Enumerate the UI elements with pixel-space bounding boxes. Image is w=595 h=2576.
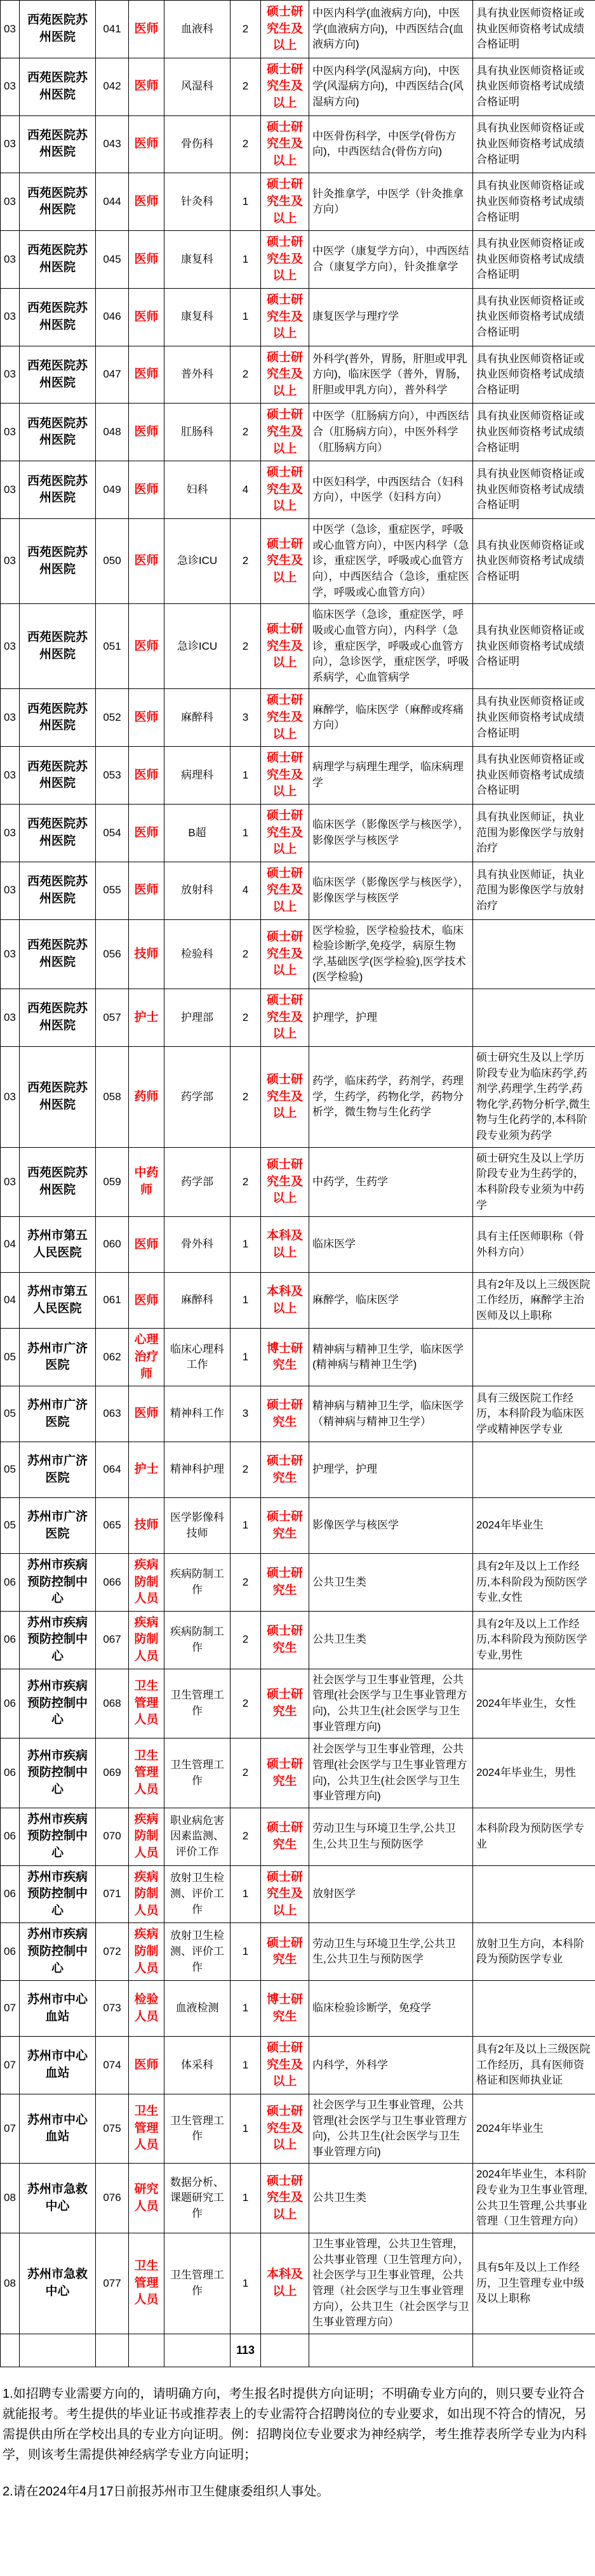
cell-serial: 08 bbox=[1, 2164, 20, 2233]
recruitment-table: 03 西苑医院苏州医院 041 医师 血液科 2 硕士研究生及以上 中医内科学(… bbox=[0, 0, 595, 2367]
cell-unit: 西苑医院苏州医院 bbox=[20, 1, 96, 58]
cell-unit: 西苑医院苏州医院 bbox=[20, 989, 96, 1047]
cell-title: 卫生管理人员 bbox=[129, 1738, 164, 1808]
cell-count: 1 bbox=[231, 2094, 261, 2164]
cell-code: 062 bbox=[96, 1329, 129, 1386]
cell-major: 中药学，生药学 bbox=[309, 1147, 473, 1217]
cell-education: 硕士研究生及以上 bbox=[261, 604, 309, 689]
cell-title: 医师 bbox=[129, 288, 164, 346]
cell-serial: 03 bbox=[1, 519, 20, 604]
cell-education: 硕士研究生及以上 bbox=[261, 862, 309, 919]
cell-code: 074 bbox=[96, 2037, 129, 2094]
cell-major: 中医内科学(血液病方向)，中医学(血液病方向)，中西医结合(血液病方向) bbox=[309, 1, 473, 58]
cell-education: 硕士研究生及以上 bbox=[261, 346, 309, 404]
cell-unit: 苏州市疾病预防控制中心 bbox=[20, 1611, 96, 1669]
cell-note: 2024年毕业生，女性 bbox=[473, 1669, 595, 1738]
cell-unit: 苏州市广济医院 bbox=[20, 1329, 96, 1386]
cell-serial: 03 bbox=[1, 404, 20, 461]
cell-count: 2 bbox=[231, 58, 261, 115]
cell-count: 1 bbox=[231, 1273, 261, 1329]
cell-count: 1 bbox=[231, 2037, 261, 2094]
cell-education: 硕士研究生 bbox=[261, 1442, 309, 1498]
cell-count: 2 bbox=[231, 989, 261, 1047]
cell-count: 3 bbox=[231, 1386, 261, 1442]
cell-dept: 精神科护理 bbox=[164, 1442, 231, 1498]
cell-count: 1 bbox=[231, 1981, 261, 2037]
footnote-2: 2.请在2024年4月17日前报苏州市卫生健康委组织人事处。 bbox=[3, 2481, 592, 2502]
cell-count: 2 bbox=[231, 1046, 261, 1147]
cell-code: 071 bbox=[96, 1865, 129, 1923]
cell-title: 医师 bbox=[129, 747, 164, 805]
cell-unit: 西苑医院苏州医院 bbox=[20, 231, 96, 289]
cell-code: 054 bbox=[96, 805, 129, 862]
cell-title: 医师 bbox=[129, 1, 164, 58]
table-row: 07 苏州市中心血站 074 医师 体采科 1 硕士研究生及以上 内科学，外科学… bbox=[1, 2037, 595, 2094]
cell-serial: 03 bbox=[1, 805, 20, 862]
total-empty-unit bbox=[20, 2334, 96, 2367]
cell-unit: 西苑医院苏州医院 bbox=[20, 1147, 96, 1217]
cell-unit: 苏州市疾病预防控制中心 bbox=[20, 1554, 96, 1612]
cell-code: 064 bbox=[96, 1442, 129, 1498]
cell-serial: 03 bbox=[1, 1147, 20, 1217]
cell-major: 中医学（康复学方向），中西医结合（康复学方向），针灸推拿学 bbox=[309, 231, 473, 289]
cell-dept: 体采科 bbox=[164, 2037, 231, 2094]
cell-education: 硕士研究生及以上 bbox=[261, 1865, 309, 1923]
cell-dept: 麻醉科 bbox=[164, 689, 231, 747]
cell-education: 硕士研究生及以上 bbox=[261, 173, 309, 231]
cell-dept: 临床心理科工作 bbox=[164, 1329, 231, 1386]
cell-serial: 03 bbox=[1, 989, 20, 1047]
table-row: 06 苏州市疾病预防控制中心 068 卫生管理人员 卫生管理工作 2 硕士研究生… bbox=[1, 1669, 595, 1738]
cell-unit: 西苑医院苏州医院 bbox=[20, 919, 96, 989]
table-row: 06 苏州市疾病预防控制中心 067 疾病防制人员 疾病防制工作 2 硕士研究生… bbox=[1, 1611, 595, 1669]
cell-serial: 03 bbox=[1, 461, 20, 519]
cell-note: 具有执业医师资格证或执业医师资格考试成绩合格证明 bbox=[473, 58, 595, 115]
cell-education: 硕士研究生及以上 bbox=[261, 58, 309, 115]
cell-count: 2 bbox=[231, 1738, 261, 1808]
cell-serial: 05 bbox=[1, 1329, 20, 1386]
cell-unit: 苏州市中心血站 bbox=[20, 2094, 96, 2164]
cell-dept: B超 bbox=[164, 805, 231, 862]
total-count-cell: 113 bbox=[231, 2334, 261, 2367]
cell-major: 放射医学 bbox=[309, 1865, 473, 1923]
cell-major: 中医学（肛肠病方向），中西医结合（肛肠病方向），中医外科学（肛肠病方向） bbox=[309, 404, 473, 461]
cell-major: 中医骨伤科学，中医学(骨伤方向)，中西医结合(骨伤方向) bbox=[309, 115, 473, 173]
total-empty-code bbox=[96, 2334, 129, 2367]
cell-unit: 西苑医院苏州医院 bbox=[20, 689, 96, 747]
cell-unit: 苏州市第五人民医院 bbox=[20, 1217, 96, 1273]
cell-dept: 普外科 bbox=[164, 346, 231, 404]
cell-dept: 麻醉科 bbox=[164, 1273, 231, 1329]
cell-code: 073 bbox=[96, 1981, 129, 2037]
cell-major: 精神病与精神卫生学，临床医学(精神病与精神卫生学) bbox=[309, 1329, 473, 1386]
cell-note bbox=[473, 1442, 595, 1498]
cell-title: 医师 bbox=[129, 231, 164, 289]
cell-title: 疾病防制人员 bbox=[129, 1554, 164, 1612]
cell-title: 心理治疗师 bbox=[129, 1329, 164, 1386]
cell-serial: 06 bbox=[1, 1669, 20, 1738]
cell-education: 硕士研究生及以上 bbox=[261, 747, 309, 805]
cell-note bbox=[473, 1865, 595, 1923]
cell-note: 具有执业医师证，执业范围为影像医学与放射治疗 bbox=[473, 805, 595, 862]
cell-unit: 苏州市急救中心 bbox=[20, 2164, 96, 2233]
cell-serial: 03 bbox=[1, 346, 20, 404]
table-row: 03 西苑医院苏州医院 041 医师 血液科 2 硕士研究生及以上 中医内科学(… bbox=[1, 1, 595, 58]
cell-note: 具有执业医师资格证或执业医师资格考试成绩合格证明 bbox=[473, 747, 595, 805]
cell-education: 硕士研究生及以上 bbox=[261, 1, 309, 58]
cell-unit: 西苑医院苏州医院 bbox=[20, 346, 96, 404]
total-empty-serial bbox=[1, 2334, 20, 2367]
cell-serial: 07 bbox=[1, 2094, 20, 2164]
cell-note: 本科阶段为预防医学专业 bbox=[473, 1808, 595, 1865]
cell-education: 硕士研究生及以上 bbox=[261, 519, 309, 604]
total-empty-major bbox=[309, 2334, 473, 2367]
cell-title: 疾病防制人员 bbox=[129, 1611, 164, 1669]
cell-education: 硕士研究生及以上 bbox=[261, 989, 309, 1047]
cell-unit: 苏州市中心血站 bbox=[20, 2037, 96, 2094]
table-row: 03 西苑医院苏州医院 059 中药师 药学部 2 硕士研究生及以上 中药学，生… bbox=[1, 1147, 595, 1217]
cell-major: 内科学，外科学 bbox=[309, 2037, 473, 2094]
cell-title: 疾病防制人员 bbox=[129, 1865, 164, 1923]
cell-unit: 西苑医院苏州医院 bbox=[20, 461, 96, 519]
cell-serial: 03 bbox=[1, 919, 20, 989]
table-row: 06 苏州市疾病预防控制中心 066 疾病防制人员 疾病防制工作 2 硕士研究生… bbox=[1, 1554, 595, 1612]
total-row: 113 bbox=[1, 2334, 595, 2367]
cell-code: 077 bbox=[96, 2233, 129, 2334]
cell-title: 医师 bbox=[129, 604, 164, 689]
cell-major: 临床医学（急诊，重症医学，呼吸或心血管方向），内科学（急诊，重症医学，呼吸或心血… bbox=[309, 604, 473, 689]
cell-note: 具有执业医师资格证或执业医师资格考试成绩合格证明 bbox=[473, 346, 595, 404]
cell-dept: 卫生管理工作 bbox=[164, 2233, 231, 2334]
cell-code: 061 bbox=[96, 1273, 129, 1329]
cell-serial: 03 bbox=[1, 231, 20, 289]
cell-serial: 03 bbox=[1, 115, 20, 173]
cell-count: 2 bbox=[231, 115, 261, 173]
footnotes: 1.如招聘专业需要方向的，请明确方向，考生报名时提供方向证明；不明确专业方向的，… bbox=[0, 2367, 595, 2512]
cell-serial: 03 bbox=[1, 1, 20, 58]
table-row: 03 西苑医院苏州医院 055 医师 放射科 4 硕士研究生及以上 临床医学（影… bbox=[1, 862, 595, 919]
cell-code: 042 bbox=[96, 58, 129, 115]
cell-title: 医师 bbox=[129, 1217, 164, 1273]
cell-note bbox=[473, 1981, 595, 2037]
table-row: 03 西苑医院苏州医院 046 医师 康复科 1 硕士研究生及以上 康复医学与理… bbox=[1, 288, 595, 346]
cell-major: 社会医学与卫生事业管理，公共管理(社会医学与卫生事业管理方向)，公共卫生(社会医… bbox=[309, 2094, 473, 2164]
cell-unit: 西苑医院苏州医院 bbox=[20, 404, 96, 461]
cell-major: 劳动卫生与环境卫生学,公共卫生,公共卫生与预防医学 bbox=[309, 1923, 473, 1981]
cell-education: 硕士研究生 bbox=[261, 1554, 309, 1612]
cell-note: 具有执业医师资格证或执业医师资格考试成绩合格证明 bbox=[473, 1, 595, 58]
cell-unit: 西苑医院苏州医院 bbox=[20, 604, 96, 689]
cell-unit: 西苑医院苏州医院 bbox=[20, 58, 96, 115]
cell-education: 硕士研究生及以上 bbox=[261, 2164, 309, 2233]
cell-note: 2024年毕业生，男性 bbox=[473, 1738, 595, 1808]
cell-major: 麻醉学，临床医学（麻醉或疼痛方向） bbox=[309, 689, 473, 747]
cell-dept: 肛肠科 bbox=[164, 404, 231, 461]
cell-title: 医师 bbox=[129, 173, 164, 231]
cell-dept: 放射科 bbox=[164, 862, 231, 919]
cell-serial: 05 bbox=[1, 1498, 20, 1554]
cell-education: 硕士研究生 bbox=[261, 1611, 309, 1669]
cell-serial: 04 bbox=[1, 1217, 20, 1273]
cell-count: 2 bbox=[231, 604, 261, 689]
cell-count: 4 bbox=[231, 461, 261, 519]
cell-count: 1 bbox=[231, 173, 261, 231]
table-row: 08 苏州市急救中心 077 卫生管理人员 卫生管理工作 1 本科及以上 卫生事… bbox=[1, 2233, 595, 2334]
job-table-body: 03 西苑医院苏州医院 041 医师 血液科 2 硕士研究生及以上 中医内科学(… bbox=[1, 1, 595, 2334]
cell-count: 1 bbox=[231, 1498, 261, 1554]
cell-count: 2 bbox=[231, 919, 261, 989]
total-empty-title bbox=[129, 2334, 164, 2367]
cell-count: 2 bbox=[231, 1808, 261, 1865]
table-row: 03 西苑医院苏州医院 049 医师 妇科 4 硕士研究生及以上 中医妇科学，中… bbox=[1, 461, 595, 519]
cell-code: 046 bbox=[96, 288, 129, 346]
cell-unit: 西苑医院苏州医院 bbox=[20, 115, 96, 173]
table-row: 05 苏州市广济医院 063 医师 精神科工作 3 硕士研究生 精神病与精神卫生… bbox=[1, 1386, 595, 1442]
cell-major: 公共卫生类 bbox=[309, 1611, 473, 1669]
cell-major: 护理学，护理 bbox=[309, 1442, 473, 1498]
cell-note: 具有执业医师资格证或执业医师资格考试成绩合格证明 bbox=[473, 288, 595, 346]
cell-code: 066 bbox=[96, 1554, 129, 1612]
cell-major: 中医妇科学，中西医结合（妇科方向），中医学（妇科方向） bbox=[309, 461, 473, 519]
cell-title: 护士 bbox=[129, 1442, 164, 1498]
cell-note: 具有2年及以上三级医院工作经历，具有医师资格证和医师执业证 bbox=[473, 2037, 595, 2094]
total-empty-note bbox=[473, 2334, 595, 2367]
cell-count: 1 bbox=[231, 1217, 261, 1273]
cell-unit: 苏州市广济医院 bbox=[20, 1386, 96, 1442]
cell-education: 硕士研究生及以上 bbox=[261, 1046, 309, 1147]
cell-unit: 苏州市广济医院 bbox=[20, 1442, 96, 1498]
cell-serial: 06 bbox=[1, 1738, 20, 1808]
cell-serial: 03 bbox=[1, 604, 20, 689]
cell-major: 针灸推拿学，中医学（针灸推拿方向） bbox=[309, 173, 473, 231]
table-row: 05 苏州市广济医院 064 护士 精神科护理 2 硕士研究生 护理学，护理 bbox=[1, 1442, 595, 1498]
cell-title: 卫生管理人员 bbox=[129, 1669, 164, 1738]
cell-major: 社会医学与卫生事业管理，公共管理(社会医学与卫生事业管理方向)，公共卫生(社会医… bbox=[309, 1738, 473, 1808]
cell-major: 精神病与精神卫生学，临床医学（精神病与精神卫生学） bbox=[309, 1386, 473, 1442]
cell-major: 公共卫生类 bbox=[309, 2164, 473, 2233]
cell-education: 博士研究生 bbox=[261, 1329, 309, 1386]
cell-note bbox=[473, 919, 595, 989]
cell-title: 医师 bbox=[129, 519, 164, 604]
cell-education: 硕士研究生 bbox=[261, 1386, 309, 1442]
cell-code: 068 bbox=[96, 1669, 129, 1738]
cell-education: 硕士研究生及以上 bbox=[261, 231, 309, 289]
cell-dept: 放射卫生检测、评价工作 bbox=[164, 1865, 231, 1923]
cell-serial: 03 bbox=[1, 747, 20, 805]
cell-count: 1 bbox=[231, 2233, 261, 2334]
cell-title: 检验人员 bbox=[129, 1981, 164, 2037]
cell-note: 2024年毕业生，本科阶段专业为卫生事业管理,公共卫生管理,公共事业管理（卫生管… bbox=[473, 2164, 595, 2233]
cell-dept: 护理部 bbox=[164, 989, 231, 1047]
cell-title: 卫生管理人员 bbox=[129, 2094, 164, 2164]
cell-serial: 06 bbox=[1, 1554, 20, 1612]
cell-note: 具有2年及以上工作经历,本科阶段为预防医学专业,男性 bbox=[473, 1611, 595, 1669]
cell-serial: 03 bbox=[1, 288, 20, 346]
cell-education: 硕士研究生及以上 bbox=[261, 1147, 309, 1217]
cell-note: 具有执业医师资格证或执业医师资格考试成绩合格证明 bbox=[473, 231, 595, 289]
cell-note: 2024年毕业生 bbox=[473, 2094, 595, 2164]
cell-code: 063 bbox=[96, 1386, 129, 1442]
cell-serial: 03 bbox=[1, 58, 20, 115]
cell-dept: 疾病防制工作 bbox=[164, 1554, 231, 1612]
table-row: 03 西苑医院苏州医院 058 药师 药学部 2 硕士研究生及以上 药学，临床药… bbox=[1, 1046, 595, 1147]
cell-code: 050 bbox=[96, 519, 129, 604]
cell-major: 临床医学（影像医学与核医学），影像医学与核医学 bbox=[309, 805, 473, 862]
cell-major: 临床医学（影像医学与核医学），影像医学与核医学 bbox=[309, 862, 473, 919]
cell-code: 047 bbox=[96, 346, 129, 404]
table-row: 06 苏州市疾病预防控制中心 070 疾病防制人员 职业病危害因素监测、评价工作… bbox=[1, 1808, 595, 1865]
cell-unit: 西苑医院苏州医院 bbox=[20, 747, 96, 805]
cell-serial: 08 bbox=[1, 2233, 20, 2334]
table-row: 07 苏州市中心血站 075 卫生管理人员 卫生管理工作 1 硕士研究生及以上 … bbox=[1, 2094, 595, 2164]
cell-major: 麻醉学，临床医学 bbox=[309, 1273, 473, 1329]
cell-education: 硕士研究生 bbox=[261, 1498, 309, 1554]
cell-code: 060 bbox=[96, 1217, 129, 1273]
cell-code: 072 bbox=[96, 1923, 129, 1981]
cell-major: 病理学与病理生理学，临床病理学 bbox=[309, 747, 473, 805]
table-row: 03 西苑医院苏州医院 053 医师 病理科 1 硕士研究生及以上 病理学与病理… bbox=[1, 747, 595, 805]
cell-serial: 03 bbox=[1, 689, 20, 747]
cell-serial: 05 bbox=[1, 1386, 20, 1442]
cell-major: 劳动卫生与环境卫生学,公共卫生,公共卫生与预防医学 bbox=[309, 1808, 473, 1865]
table-row: 06 苏州市疾病预防控制中心 072 疾病防制人员 放射卫生检测、评价工作 1 … bbox=[1, 1923, 595, 1981]
cell-dept: 检验科 bbox=[164, 919, 231, 989]
cell-code: 069 bbox=[96, 1738, 129, 1808]
cell-note: 具有执业医师资格证或执业医师资格考试成绩合格证明 bbox=[473, 115, 595, 173]
table-row: 03 西苑医院苏州医院 044 医师 针灸科 1 硕士研究生及以上 针灸推拿学，… bbox=[1, 173, 595, 231]
cell-code: 052 bbox=[96, 689, 129, 747]
cell-count: 2 bbox=[231, 404, 261, 461]
cell-education: 硕士研究生及以上 bbox=[261, 288, 309, 346]
cell-title: 护士 bbox=[129, 989, 164, 1047]
cell-dept: 医学影像科技师 bbox=[164, 1498, 231, 1554]
table-row: 03 西苑医院苏州医院 045 医师 康复科 1 硕士研究生及以上 中医学（康复… bbox=[1, 231, 595, 289]
cell-code: 048 bbox=[96, 404, 129, 461]
cell-dept: 精神科工作 bbox=[164, 1386, 231, 1442]
cell-dept: 卫生管理工作 bbox=[164, 2094, 231, 2164]
cell-title: 医师 bbox=[129, 689, 164, 747]
cell-code: 067 bbox=[96, 1611, 129, 1669]
cell-dept: 职业病危害因素监测、评价工作 bbox=[164, 1808, 231, 1865]
cell-title: 研究人员 bbox=[129, 2164, 164, 2233]
cell-count: 1 bbox=[231, 288, 261, 346]
cell-code: 075 bbox=[96, 2094, 129, 2164]
cell-major: 外科学(普外，胃肠，肝胆或甲乳方向)，临床医学（普外，胃肠，肝胆或甲乳方向），普… bbox=[309, 346, 473, 404]
cell-code: 045 bbox=[96, 231, 129, 289]
table-row: 03 西苑医院苏州医院 048 医师 肛肠科 2 硕士研究生及以上 中医学（肛肠… bbox=[1, 404, 595, 461]
cell-code: 051 bbox=[96, 604, 129, 689]
cell-note: 具有执业医师资格证或执业医师资格考试成绩合格证明 bbox=[473, 689, 595, 747]
cell-unit: 苏州市中心血站 bbox=[20, 1981, 96, 2037]
cell-serial: 06 bbox=[1, 1923, 20, 1981]
cell-education: 硕士研究生及以上 bbox=[261, 689, 309, 747]
cell-dept: 血液科 bbox=[164, 1, 231, 58]
table-row: 03 西苑医院苏州医院 050 医师 急诊ICU 2 硕士研究生及以上 中医学（… bbox=[1, 519, 595, 604]
cell-dept: 卫生管理工作 bbox=[164, 1738, 231, 1808]
cell-code: 056 bbox=[96, 919, 129, 989]
cell-count: 2 bbox=[231, 1554, 261, 1612]
cell-education: 硕士研究生及以上 bbox=[261, 2094, 309, 2164]
cell-code: 070 bbox=[96, 1808, 129, 1865]
cell-note: 具有2年及以上工作经历,本科阶段为预防医学专业,女性 bbox=[473, 1554, 595, 1612]
cell-code: 055 bbox=[96, 862, 129, 919]
cell-serial: 06 bbox=[1, 1611, 20, 1669]
cell-major: 医学检验，医学检验技术，临床检验诊断学,免疫学，病原生物学,基础医学(医学检验)… bbox=[309, 919, 473, 989]
cell-dept: 骨外科 bbox=[164, 1217, 231, 1273]
cell-dept: 针灸科 bbox=[164, 173, 231, 231]
cell-count: 1 bbox=[231, 805, 261, 862]
cell-education: 硕士研究生及以上 bbox=[261, 919, 309, 989]
footnote-1: 1.如招聘专业需要方向的，请明确方向，考生报名时提供方向证明；不明确专业方向的，… bbox=[3, 2384, 592, 2465]
cell-education: 硕士研究生 bbox=[261, 1808, 309, 1865]
cell-title: 中药师 bbox=[129, 1147, 164, 1217]
cell-note bbox=[473, 1329, 595, 1386]
cell-unit: 西苑医院苏州医院 bbox=[20, 862, 96, 919]
cell-education: 硕士研究生及以上 bbox=[261, 805, 309, 862]
table-row: 05 苏州市广济医院 062 心理治疗师 临床心理科工作 1 博士研究生 精神病… bbox=[1, 1329, 595, 1386]
cell-unit: 苏州市第五人民医院 bbox=[20, 1273, 96, 1329]
cell-count: 2 bbox=[231, 1, 261, 58]
table-row: 03 西苑医院苏州医院 047 医师 普外科 2 硕士研究生及以上 外科学(普外… bbox=[1, 346, 595, 404]
cell-major: 护理学，护理 bbox=[309, 989, 473, 1047]
table-row: 03 西苑医院苏州医院 051 医师 急诊ICU 2 硕士研究生及以上 临床医学… bbox=[1, 604, 595, 689]
cell-count: 2 bbox=[231, 519, 261, 604]
cell-major: 临床检验诊断学，免疫学 bbox=[309, 1981, 473, 2037]
table-row: 03 西苑医院苏州医院 054 医师 B超 1 硕士研究生及以上 临床医学（影像… bbox=[1, 805, 595, 862]
cell-code: 059 bbox=[96, 1147, 129, 1217]
cell-dept: 放射卫生检测、评价工作 bbox=[164, 1923, 231, 1981]
cell-dept: 急诊ICU bbox=[164, 604, 231, 689]
cell-count: 1 bbox=[231, 2164, 261, 2233]
cell-education: 本科及以上 bbox=[261, 1217, 309, 1273]
cell-education: 硕士研究生及以上 bbox=[261, 404, 309, 461]
cell-title: 医师 bbox=[129, 2037, 164, 2094]
cell-major: 临床医学 bbox=[309, 1217, 473, 1273]
cell-title: 医师 bbox=[129, 1386, 164, 1442]
cell-education: 硕士研究生 bbox=[261, 1669, 309, 1738]
cell-code: 058 bbox=[96, 1046, 129, 1147]
cell-title: 技师 bbox=[129, 1498, 164, 1554]
cell-dept: 病理科 bbox=[164, 747, 231, 805]
cell-unit: 苏州市广济医院 bbox=[20, 1498, 96, 1554]
cell-count: 1 bbox=[231, 231, 261, 289]
table-row: 03 西苑医院苏州医院 056 技师 检验科 2 硕士研究生及以上 医学检验，医… bbox=[1, 919, 595, 989]
cell-note: 放射卫生方向，本科阶段为预防医学专业 bbox=[473, 1923, 595, 1981]
cell-count: 1 bbox=[231, 1329, 261, 1386]
cell-count: 2 bbox=[231, 1442, 261, 1498]
cell-major: 康复医学与理疗学 bbox=[309, 288, 473, 346]
table-row: 06 苏州市疾病预防控制中心 069 卫生管理人员 卫生管理工作 2 硕士研究生… bbox=[1, 1738, 595, 1808]
cell-code: 076 bbox=[96, 2164, 129, 2233]
table-row: 03 西苑医院苏州医院 052 医师 麻醉科 3 硕士研究生及以上 麻醉学，临床… bbox=[1, 689, 595, 747]
cell-count: 1 bbox=[231, 1923, 261, 1981]
cell-dept: 急诊ICU bbox=[164, 519, 231, 604]
cell-unit: 苏州市疾病预防控制中心 bbox=[20, 1669, 96, 1738]
cell-title: 医师 bbox=[129, 58, 164, 115]
cell-code: 053 bbox=[96, 747, 129, 805]
cell-major: 中医学（急诊，重症医学，呼吸或心血管方向），中医内科学（急诊，重症医学，呼吸或心… bbox=[309, 519, 473, 604]
cell-major: 药学，临床药学，药剂学，药理学，生药学，药物化学，药物分析学，微生物与生化药学 bbox=[309, 1046, 473, 1147]
cell-serial: 03 bbox=[1, 1046, 20, 1147]
cell-unit: 苏州市急救中心 bbox=[20, 2233, 96, 2334]
cell-note: 具有执业医师资格证或执业医师资格考试成绩合格证明 bbox=[473, 519, 595, 604]
cell-code: 065 bbox=[96, 1498, 129, 1554]
cell-title: 药师 bbox=[129, 1046, 164, 1147]
cell-serial: 06 bbox=[1, 1865, 20, 1923]
cell-note: 具有三级医院工作经历，本科阶段为临床医学或精神医学专业 bbox=[473, 1386, 595, 1442]
cell-unit: 西苑医院苏州医院 bbox=[20, 1046, 96, 1147]
cell-dept: 疾病防制工作 bbox=[164, 1611, 231, 1669]
